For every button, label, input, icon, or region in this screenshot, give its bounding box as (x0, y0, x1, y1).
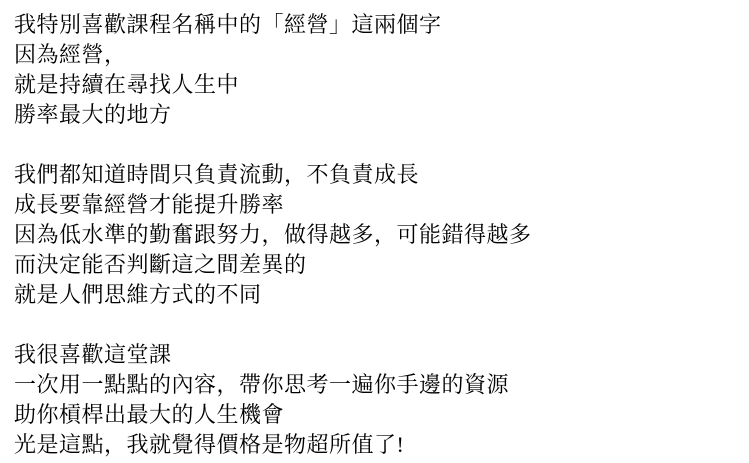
text-line: 而決定能否判斷這之間差異的 (14, 250, 735, 280)
text-line: 光是這點，我就覺得價格是物超所值了! (14, 430, 735, 460)
paragraph-course-praise: 我很喜歡這堂課 一次用一點點的內容，帶你思考一遍你手邊的資源 助你槓桿出最大的人… (14, 340, 735, 460)
text-line: 我特別喜歡課程名稱中的「經營」這兩個字 (14, 10, 735, 40)
text-page: 我特別喜歡課程名稱中的「經營」這兩個字 因為經營， 就是持續在尋找人生中 勝率最… (0, 0, 749, 463)
paragraph-course-name: 我特別喜歡課程名稱中的「經營」這兩個字 因為經營， 就是持續在尋找人生中 勝率最… (14, 10, 735, 130)
text-line: 助你槓桿出最大的人生機會 (14, 400, 735, 430)
text-line: 勝率最大的地方 (14, 100, 735, 130)
text-line: 因為低水準的勤奮跟努力，做得越多，可能錯得越多 (14, 220, 735, 250)
text-line: 因為經營， (14, 40, 735, 70)
text-line: 我們都知道時間只負責流動，不負責成長 (14, 160, 735, 190)
text-line: 我很喜歡這堂課 (14, 340, 735, 370)
text-line: 成長要靠經營才能提升勝率 (14, 190, 735, 220)
text-line: 就是持續在尋找人生中 (14, 70, 735, 100)
text-line: 就是人們思維方式的不同 (14, 280, 735, 310)
paragraph-growth: 我們都知道時間只負責流動，不負責成長 成長要靠經營才能提升勝率 因為低水準的勤奮… (14, 160, 735, 310)
text-line: 一次用一點點的內容，帶你思考一遍你手邊的資源 (14, 370, 735, 400)
